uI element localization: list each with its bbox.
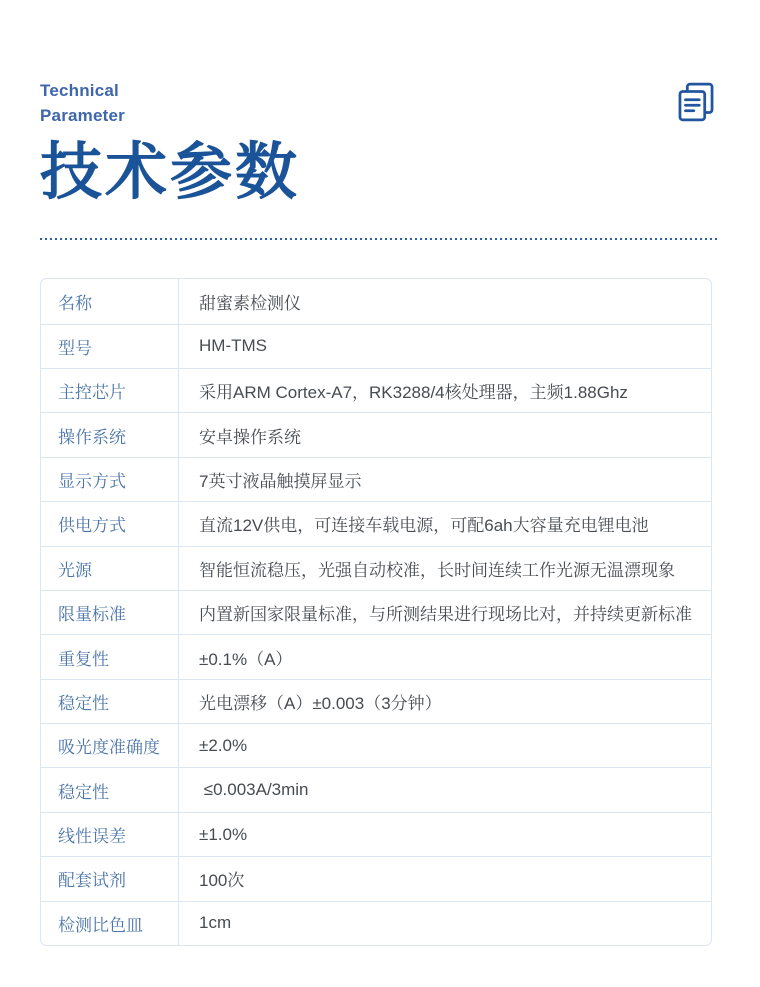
row-value: 采用ARM Cortex-A7，RK3288/4核处理器，主频1.88Ghz: [179, 369, 711, 412]
row-value: 光电漂移（A）±0.003（3分钟）: [179, 680, 711, 723]
row-label: 主控芯片: [41, 369, 179, 412]
table-row: 显示方式 7英寸液晶触摸屏显示: [41, 457, 711, 501]
table-row: 光源 智能恒流稳压，光强自动校准，长时间连续工作光源无温漂现象: [41, 546, 711, 590]
page-header: Technical Parameter: [40, 78, 720, 129]
row-value: 1cm: [179, 902, 711, 945]
row-label: 稳定性: [41, 680, 179, 723]
row-value: 甜蜜素检测仪: [179, 279, 711, 323]
row-value: ±0.1%（A）: [179, 635, 711, 678]
row-label: 检测比色皿: [41, 902, 179, 945]
row-value: 直流12V供电，可连接车载电源，可配6ah大容量充电锂电池: [179, 502, 711, 545]
table-row: 线性误差 ±1.0%: [41, 812, 711, 856]
row-label: 吸光度准确度: [41, 724, 179, 767]
row-label: 重复性: [41, 635, 179, 678]
table-row: 配套试剂 100次: [41, 856, 711, 900]
eyebrow-title: Technical Parameter: [40, 78, 125, 128]
row-value: 100次: [179, 857, 711, 900]
table-row: 供电方式 直流12V供电，可连接车载电源，可配6ah大容量充电锂电池: [41, 501, 711, 545]
row-label: 线性误差: [41, 813, 179, 856]
table-row: 重复性 ±0.1%（A）: [41, 634, 711, 678]
row-label: 限量标准: [41, 591, 179, 634]
row-value: ≤0.003A/3min: [179, 768, 711, 811]
row-value: HM-TMS: [179, 325, 711, 368]
table-row: 名称 甜蜜素检测仪: [41, 279, 711, 323]
row-value: 7英寸液晶触摸屏显示: [179, 458, 711, 501]
table-row: 型号 HM-TMS: [41, 324, 711, 368]
table-row: 检测比色皿 1cm: [41, 901, 711, 945]
documents-copy-icon: [674, 80, 718, 129]
row-label: 配套试剂: [41, 857, 179, 900]
row-value: 内置新国家限量标准，与所测结果进行现场比对，并持续更新标准: [179, 591, 711, 634]
row-label: 显示方式: [41, 458, 179, 501]
row-value: ±1.0%: [179, 813, 711, 856]
page: Technical Parameter 技术参数 名称 甜蜜素检测仪 型号 HM…: [0, 0, 760, 987]
eyebrow-line-2: Parameter: [40, 103, 125, 128]
row-label: 型号: [41, 325, 179, 368]
table-row: 稳定性 ≤0.003A/3min: [41, 767, 711, 811]
dotted-divider: [40, 237, 720, 240]
eyebrow-line-1: Technical: [40, 78, 125, 103]
row-value: 安卓操作系统: [179, 413, 711, 456]
row-label: 名称: [41, 279, 179, 323]
page-title: 技术参数: [40, 139, 720, 207]
row-label: 供电方式: [41, 502, 179, 545]
table-row: 操作系统 安卓操作系统: [41, 412, 711, 456]
table-row: 吸光度准确度 ±2.0%: [41, 723, 711, 767]
row-label: 操作系统: [41, 413, 179, 456]
row-value: 智能恒流稳压，光强自动校准，长时间连续工作光源无温漂现象: [179, 547, 711, 590]
row-label: 稳定性: [41, 768, 179, 811]
table-row: 稳定性 光电漂移（A）±0.003（3分钟）: [41, 679, 711, 723]
table-row: 限量标准 内置新国家限量标准，与所测结果进行现场比对，并持续更新标准: [41, 590, 711, 634]
row-label: 光源: [41, 547, 179, 590]
spec-table: 名称 甜蜜素检测仪 型号 HM-TMS 主控芯片 采用ARM Cortex-A7…: [40, 278, 712, 946]
table-row: 主控芯片 采用ARM Cortex-A7，RK3288/4核处理器，主频1.88…: [41, 368, 711, 412]
row-value: ±2.0%: [179, 724, 711, 767]
